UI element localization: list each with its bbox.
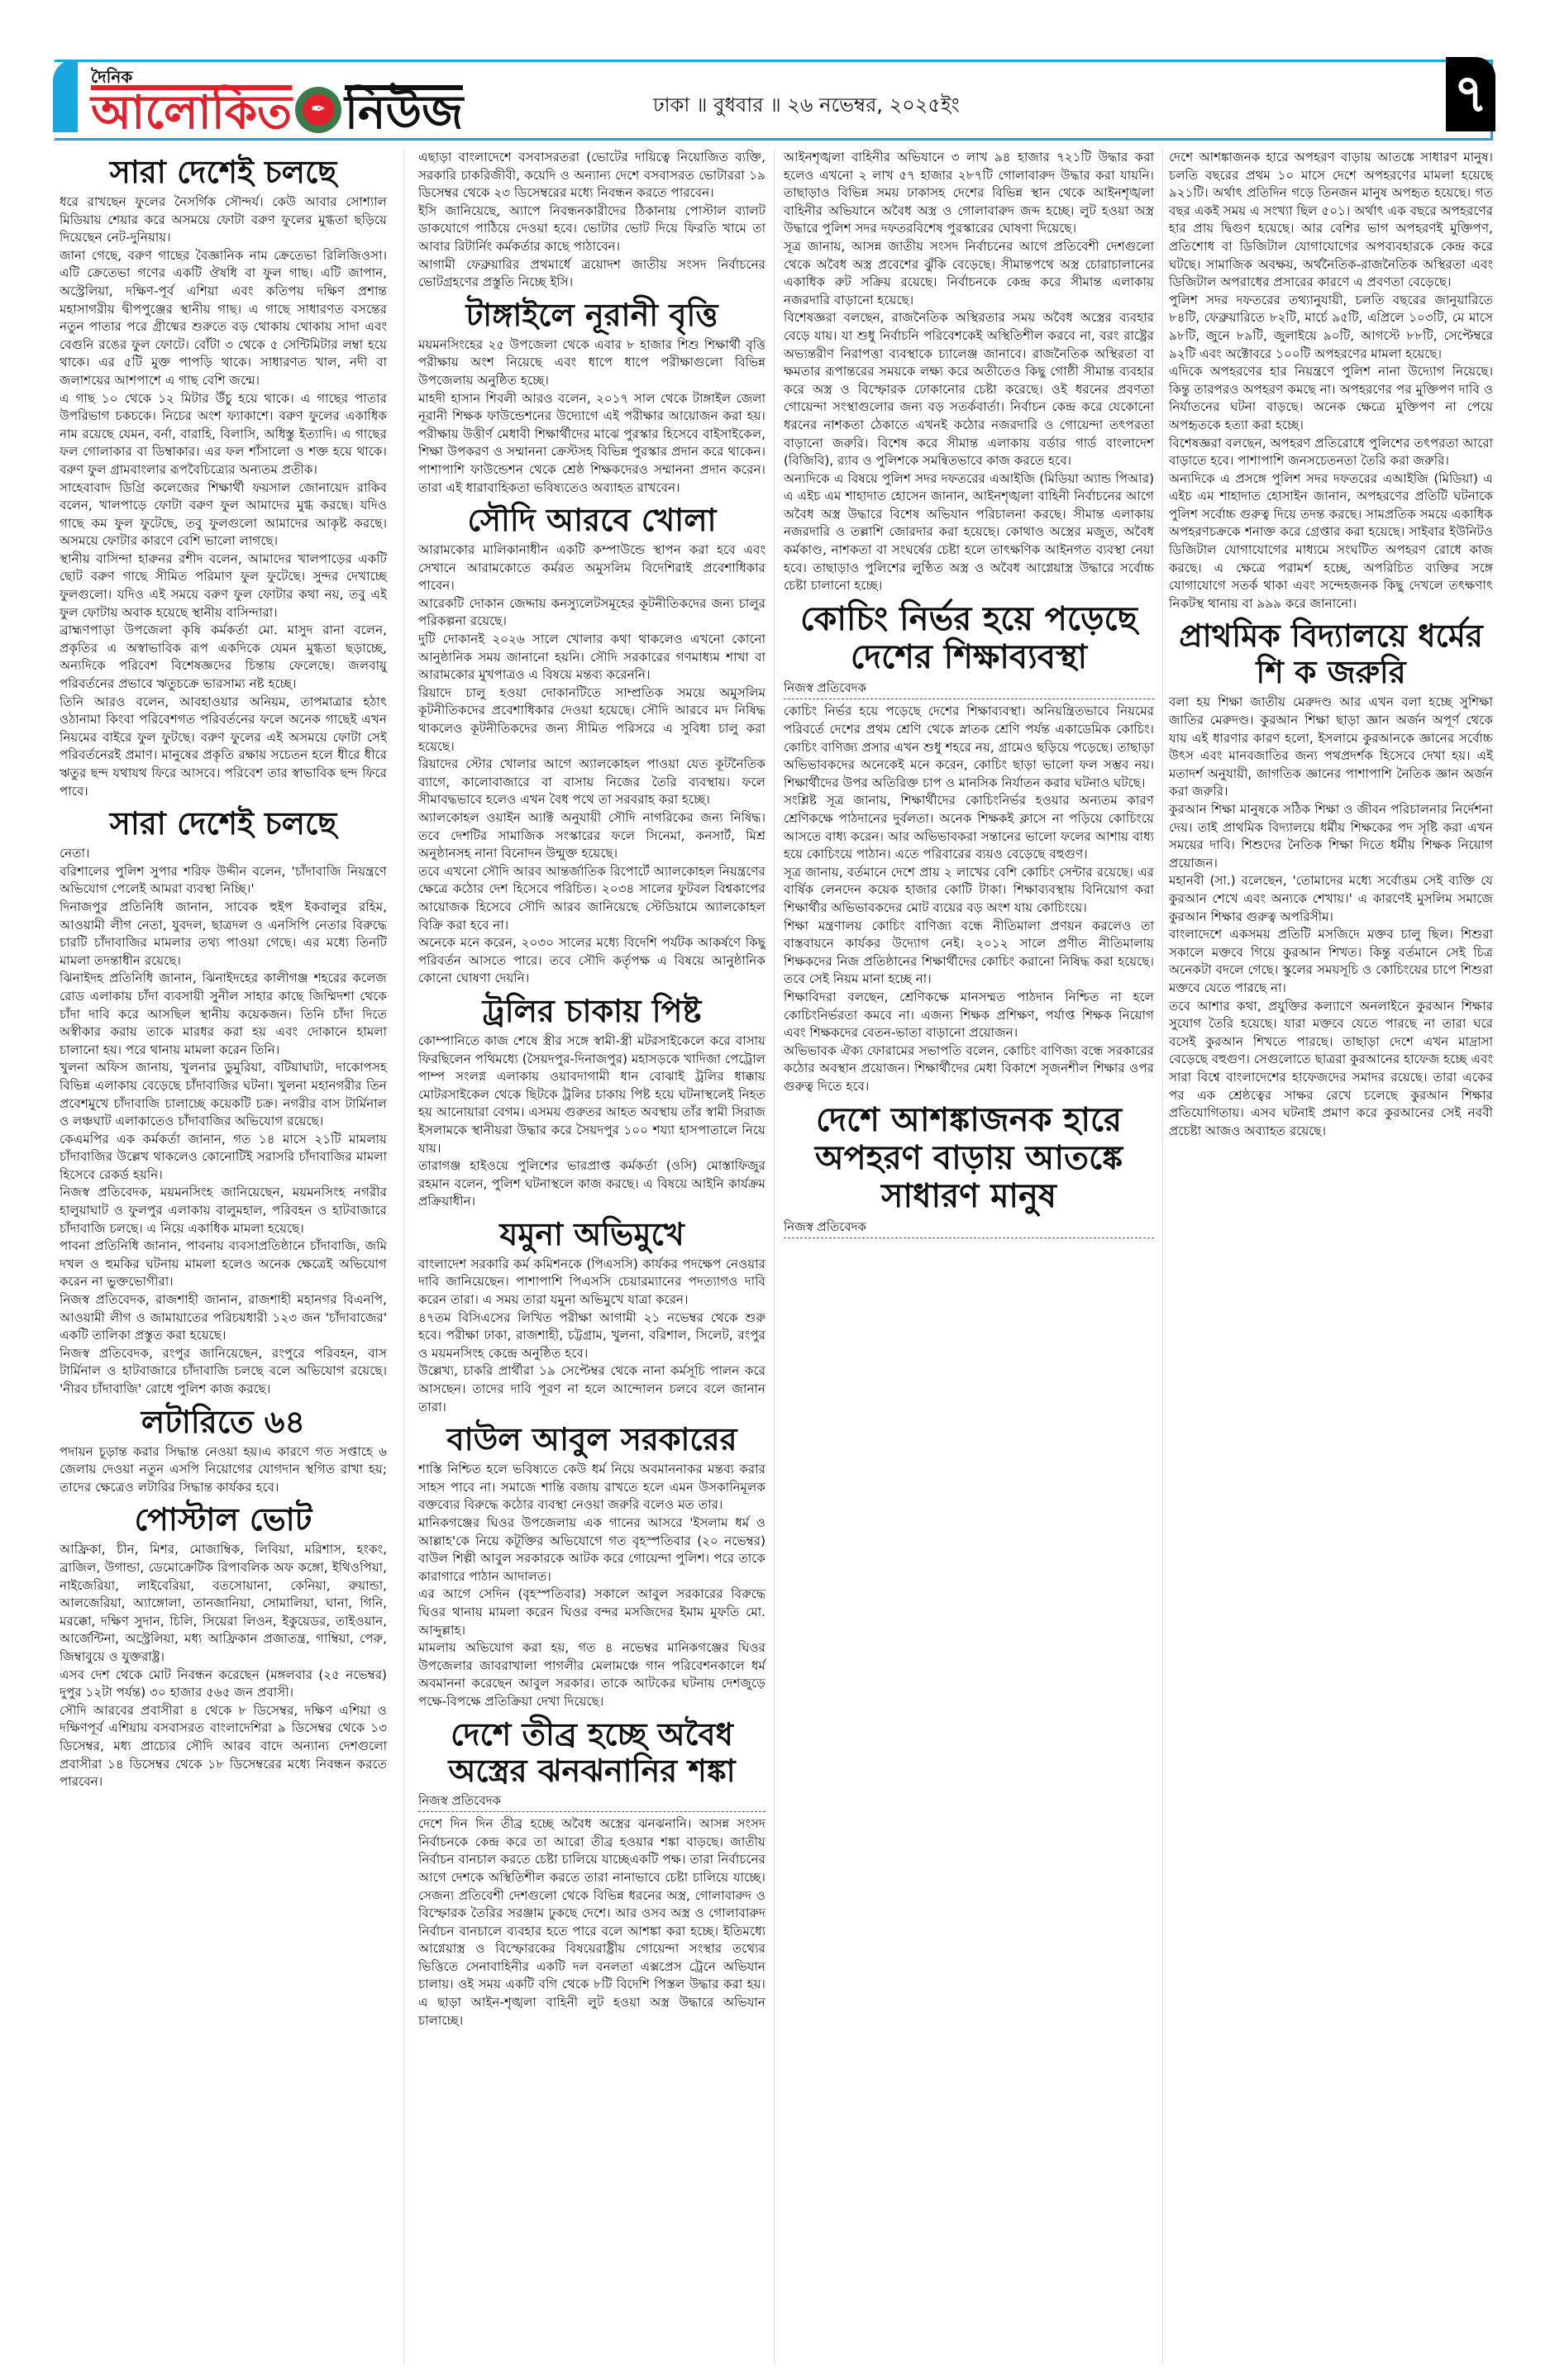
- article-paragraph: এ গাছ ১০ থেকে ১২ মিটার উঁচু হয়ে থাকে। এ…: [60, 390, 387, 479]
- article-paragraph: সূত্র জানায়, আসন্ন জাতীয় সংসদ নির্বাচন…: [784, 238, 1154, 309]
- article-paragraph: দিনাজপুর প্রতিনিধি জানান, সাবেক হুইপ ইকব…: [60, 899, 387, 970]
- logo-name-part1: আলোকিত: [91, 85, 292, 136]
- article-paragraph: অন্যদিকে এ প্রসঙ্গে পুলিশ সদর দফতরের এআই…: [1169, 470, 1493, 613]
- masthead-accent-tab: [53, 60, 78, 132]
- article-paragraph: পদায়ন চূড়ান্ত করার সিদ্ধান্ত নেওয়া হয…: [60, 1443, 387, 1497]
- article-paragraph: দুটি দোকানই ২০২৬ সালে খোলার কথা থাকলেও এ…: [418, 631, 765, 684]
- headline-sara-deshei-cholchhe-2[interactable]: সারা দেশেই চলছে: [60, 805, 387, 842]
- article-paragraph: সংশ্লিষ্ট সূত্র জানায়, শিক্ষার্থীদের কো…: [784, 792, 1154, 863]
- article-paragraph: মাহদী হাসান শিবলী আরও বলেন, ২০১৭ সাল থেক…: [418, 390, 765, 498]
- byline: নিজস্ব প্রতিবেদক: [418, 1792, 765, 1813]
- article-paragraph: শিক্ষা মন্ত্রণালয় কোচিং বাণিজ্য বন্ধে ন…: [784, 918, 1154, 989]
- logo-daily-label: দৈনিক: [91, 65, 132, 93]
- article-paragraph: তারাগঞ্জ হাইওয়ে পুলিশের ভারপ্রাপ্ত কর্ম…: [418, 1157, 765, 1211]
- article-paragraph: আইনশৃঙ্খলা বাহিনীর অভিযানে ৩ লাখ ৯৪ হাজা…: [784, 149, 1154, 238]
- article-paragraph: কোচিং নির্ভর হয়ে পড়েছে দেশের শিক্ষাব্য…: [784, 703, 1154, 792]
- article-paragraph: উল্লেখ্য, চাকরি প্রার্থীরা ১৯ সেপ্টেম্বর…: [418, 1362, 765, 1416]
- article-paragraph: দেশে দিন দিন তীব্র হচ্ছে অবৈধ অস্ত্রের ঝ…: [418, 1815, 765, 2029]
- headline-jamuna-ovimukhe[interactable]: যমুনা অভিমুখে: [418, 1216, 765, 1252]
- column-1: সারা দেশেই চলছে ধরে রাখছেন ফুলের নৈসর্গি…: [60, 149, 387, 1791]
- article-paragraph: আফ্রিকা, চীন, মিশর, মোজাম্বিক, লিবিয়া, …: [60, 1541, 387, 1666]
- column-divider: [774, 149, 775, 2364]
- article-paragraph: অন্যদিকে এ বিষয়ে পুলিশ সদর দফতরের এআইজি…: [784, 470, 1154, 595]
- headline-trolley-accident[interactable]: ট্রলির চাকায় পিষ্ট: [418, 993, 765, 1029]
- column-divider: [403, 149, 404, 2364]
- article-paragraph: অনেকে মনে করেন, ২০৩০ সালের মধ্যে বিদেশি …: [418, 934, 765, 988]
- article-paragraph: কুরআন শিক্ষা মানুষকে সঠিক শিক্ষা ও জীবন …: [1169, 801, 1493, 872]
- article-paragraph: নিজস্ব প্রতিবেদক, রংপুর জানিয়েছেন, রংপু…: [60, 1345, 387, 1399]
- article-paragraph: পুলিশ সদর দফতরের তথ্যানুযায়ী, চলতি বছরে…: [1169, 292, 1493, 363]
- column-3: আইনশৃঙ্খলা বাহিনীর অভিযানে ৩ লাখ ৯৪ হাজা…: [784, 149, 1154, 1242]
- article-paragraph: দেশে আশঙ্কাজনক হারে অপহরণ বাড়ায় আতঙ্কে…: [1169, 149, 1493, 292]
- headline-religious-teacher-primary-school[interactable]: প্রাথমিক বিদ্যালয়ে ধর্মের শি ক জরুরি: [1169, 618, 1493, 690]
- article-paragraph: শাস্তি নিশ্চিত হলে ভবিষ্যতে কেউ ধর্ম নিয…: [418, 1461, 765, 1514]
- article-paragraph: ধরে রাখছেন ফুলের নৈসর্গিক সৌন্দর্য। কেউ …: [60, 193, 387, 247]
- article-paragraph: এসব দেশ থেকে মোট নিবন্ধন করেছেন (মঙ্গলবা…: [60, 1667, 387, 1702]
- headline-postal-vote[interactable]: পোস্টাল ভোট: [60, 1501, 387, 1538]
- page-number: ৭: [1446, 57, 1495, 131]
- article-paragraph: ময়মনসিংহের ২৫ উপজেলা থেকে এবার ৮ হাজার …: [418, 336, 765, 390]
- headline-illegal-arms[interactable]: দেশে তীব্র হচ্ছে অবৈধ অস্ত্রের ঝনঝনানির …: [418, 1716, 765, 1789]
- article-paragraph: কোম্পানিতে কাজ শেষে স্ত্রীর সঙ্গে স্বামী…: [418, 1033, 765, 1157]
- article-paragraph: এদিকে অপহরণের হার নিয়ন্ত্রণে পুলিশ নানা…: [1169, 363, 1493, 434]
- article-paragraph: কেএমপির এক কর্মকর্তা জানান, গত ১৪ মাসে ২…: [60, 1131, 387, 1185]
- dateline: ঢাকা ॥ বুধবার ॥ ২৬ নভেম্বর, ২০২৫ইং: [653, 90, 960, 123]
- article-paragraph: বাংলাদেশ সরকারি কর্ম কমিশনকে (পিএসসি) কা…: [418, 1256, 765, 1309]
- headline-saudi-arabia-khola[interactable]: সৌদি আরবে খোলা: [418, 502, 765, 538]
- article-paragraph: খুলনা অফিস জানায়, খুলনার ডুমুরিয়া, বটি…: [60, 1059, 387, 1130]
- byline: নিজস্ব প্রতিবেদক: [784, 680, 1154, 700]
- article-paragraph: বরিশালের পুলিশ সুপার শরিফ উদ্দীন বলেন, '…: [60, 863, 387, 899]
- article-paragraph: বলা হয় শিক্ষা জাতীয় মেরুদণ্ড আর এখন বল…: [1169, 694, 1493, 801]
- article-paragraph: মহানবী (সা.) বলেছেন, 'তোমাদের মধ্যে সর্ব…: [1169, 872, 1493, 926]
- article-paragraph: এছাড়া বাংলাদেশে বসবাসরতরা (ভোটের দায়িত…: [418, 149, 765, 203]
- pen-emblem-icon: ✒: [295, 87, 341, 133]
- article-paragraph: তবে এখনো সৌদি আরব আন্তর্জাতিক রিপোর্টে অ…: [418, 863, 765, 934]
- article-paragraph: স্থানীয় বাসিন্দা হারুনর রশীদ বলেন, আমাদ…: [60, 551, 387, 622]
- article-paragraph: তিনি আরও বলেন, আবহাওয়ার অনিয়ম, তাপমাত্…: [60, 694, 387, 801]
- headline-kidnapping-rise[interactable]: দেশে আশঙ্কাজনক হারে অপহরণ বাড়ায় আতঙ্কে…: [784, 1101, 1154, 1215]
- article-paragraph: পাবনা প্রতিনিধি জানান, পাবনায় ব্যবসাপ্র…: [60, 1238, 387, 1291]
- column-4: দেশে আশঙ্কাজনক হারে অপহরণ বাড়ায় আতঙ্কে…: [1169, 149, 1493, 1140]
- byline: নিজস্ব প্রতিবেদক: [784, 1219, 1154, 1239]
- article-paragraph: ঝিনাইদহ প্রতিনিধি জানান, ঝিনাইদহের কালীগ…: [60, 970, 387, 1059]
- headline-lottery-64[interactable]: লটারিতে ৬৪: [60, 1404, 387, 1440]
- newspaper-logo[interactable]: দৈনিক আলোকিত ✒ নিউজ: [91, 65, 463, 136]
- article-paragraph: ইসি জানিয়েছে, অ্যাপে নিবন্ধনকারীদের ঠিক…: [418, 203, 765, 256]
- article-paragraph: বিশেষজ্ঞরা বলছেন, রাজনৈতিক অস্থিরতার সময…: [784, 309, 1154, 470]
- article-paragraph: বিশেষজ্ঞরা বলছেন, অপহরণ প্রতিরোধে পুলিশে…: [1169, 435, 1493, 470]
- article-paragraph: জানা গেছে, বরুণ গাছের বৈজ্ঞানিক নাম ক্রে…: [60, 247, 387, 390]
- article-paragraph: রিয়াদে চালু হওয়া দোকানটিতে সাম্প্রতিক …: [418, 684, 765, 756]
- article-paragraph: তবে আশার কথা, প্রযুক্তির কল্যাণে অনলাইনে…: [1169, 998, 1493, 1141]
- column-divider: [1162, 149, 1163, 2364]
- article-paragraph: নিজস্ব প্রতিবেদক, ময়মনসিংহ জানিয়েছেন, …: [60, 1184, 387, 1238]
- article-paragraph: মানিকগঞ্জের ঘিওর উপজেলায় এক গানের আসরে …: [418, 1514, 765, 1586]
- headline-tangail-nurani-britti[interactable]: টাঙ্গাইলে নূরানী বৃত্তি: [418, 297, 765, 333]
- logo-name-part2: নিউজ: [345, 85, 463, 136]
- article-paragraph: আগামী ফেব্রুয়ারির প্রথমার্ধে ত্রয়োদশ জ…: [418, 256, 765, 292]
- article-paragraph: ৪৭তম বিসিএসের লিখিত পরীক্ষা আগামী ২১ নভে…: [418, 1309, 765, 1363]
- article-paragraph: সূত্র জানায়, বর্তমানে দেশে প্রায় ২ লাখ…: [784, 864, 1154, 918]
- headline-coaching-dependent-education[interactable]: কোচিং নির্ভর হয়ে পড়েছে দেশের শিক্ষাব্য…: [784, 600, 1154, 676]
- article-paragraph: আরামকোর মালিকানাধীন একটি কম্পাউন্ডে স্থা…: [418, 541, 765, 595]
- article-paragraph: বাংলাদেশে একসময় প্রতিটি মসজিদে মক্তব চা…: [1169, 926, 1493, 997]
- headline-sara-deshei-cholchhe[interactable]: সারা দেশেই চলছে: [60, 154, 387, 190]
- article-paragraph: অ্যালকোহল ওয়াইন অ্যাক্ট অনুযায়ী সৌদি ন…: [418, 809, 765, 863]
- article-paragraph: নিজস্ব প্রতিবেদক, রাজশাহী জানান, রাজশাহী…: [60, 1291, 387, 1345]
- article-paragraph: রিয়াদের স্টোর খোলার আগে অ্যালকোহল পাওয়…: [418, 756, 765, 809]
- article-paragraph: নেতা।: [60, 845, 387, 863]
- article-paragraph: শিক্ষাবিদরা বলছেন, শ্রেণিকক্ষে মানসম্মত …: [784, 989, 1154, 1042]
- headline-baul-abul-sarkar[interactable]: বাউল আবুল সরকারের: [418, 1421, 765, 1457]
- article-paragraph: আরেকটি দোকান জেদ্দায় কনস্যুলেটসমূহের কূ…: [418, 595, 765, 631]
- article-paragraph: মামলায় অভিযোগ করা হয়, গত ৪ নভেম্বর মান…: [418, 1639, 765, 1710]
- article-paragraph: এর আগে সেদিন (বৃহস্পতিবার) সকালে আবুল সর…: [418, 1586, 765, 1639]
- article-paragraph: সাহেবাবাদ ডিগ্রি কলেজের শিক্ষার্থী ফয়সা…: [60, 479, 387, 551]
- article-paragraph: ব্রাহ্মণপাড়া উপজেলা কৃষি কর্মকর্তা মো. …: [60, 622, 387, 693]
- masthead: দৈনিক আলোকিত ✒ নিউজ ঢাকা ॥ বুধবার ॥ ২৬ ন…: [55, 60, 1493, 141]
- article-paragraph: সৌদি আরবের প্রবাসীরা ৪ থেকে ৮ ডিসেম্বর, …: [60, 1702, 387, 1791]
- column-2: এছাড়া বাংলাদেশে বসবাসরতরা (ভোটের দায়িত…: [418, 149, 765, 2029]
- article-paragraph: অভিভাবক ঐক্য ফোরামের সভাপতি বলেন, কোচিং …: [784, 1042, 1154, 1096]
